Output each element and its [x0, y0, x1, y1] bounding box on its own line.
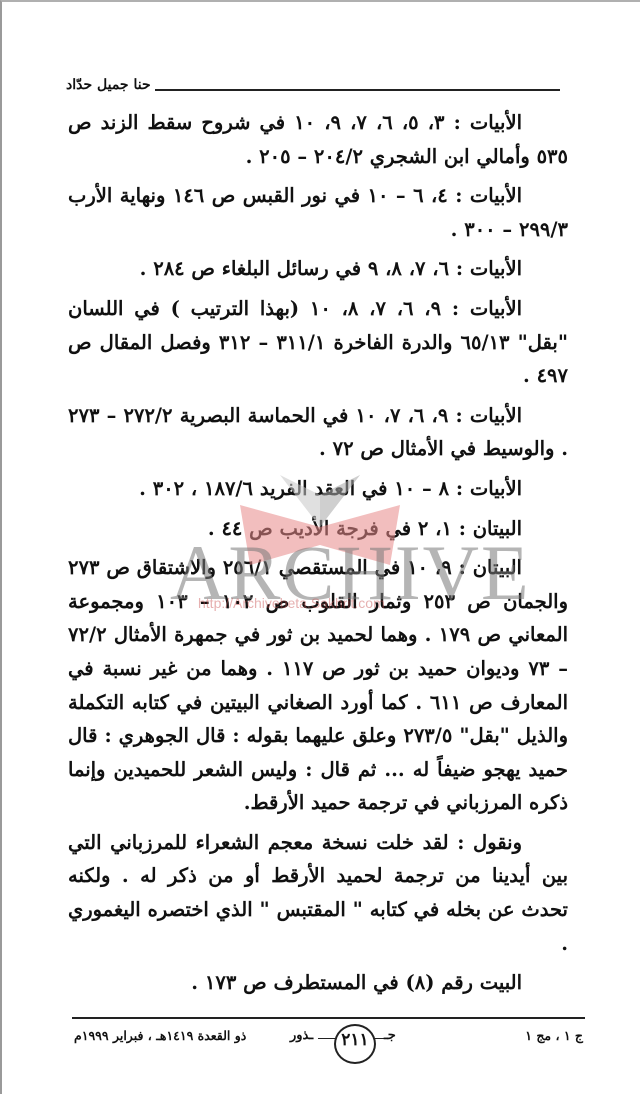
paragraph: ونقول : لقد خلت نسخة معجم الشعراء للمرزب…	[68, 826, 568, 960]
journal-line	[318, 1038, 336, 1039]
paragraph: الأبيات : ٤، ٦ – ١٠ في نور القبس ص ١٤٦ و…	[68, 179, 568, 246]
paragraph: الأبيات : ٨ – ١٠ في العقد الفريد ١٨٧/٦ ،…	[68, 472, 568, 506]
header-rule	[124, 89, 560, 91]
header-author: حنا جميل حدّاد	[66, 77, 155, 93]
footer-date: ذو القعدة ١٤١٩هـ ، فبراير ١٩٩٩م	[74, 1028, 246, 1043]
paragraph: البيتان : ١، ٢ في فرجة الأديب ص ٤٤ .	[68, 512, 568, 546]
body-text: الأبيات : ٣، ٥، ٦، ٧، ٩، ١٠ في شروح سقط …	[68, 106, 568, 1000]
footer-issue: ج ١ ، مج ١	[525, 1028, 583, 1043]
page-number: ٢١١	[334, 1024, 376, 1064]
running-header: حنا جميل حدّاد	[66, 75, 560, 99]
journal-name: ـذور ٢١١ جـ	[290, 1022, 410, 1066]
footer-rule	[72, 1017, 585, 1019]
paragraph: الأبيات : ٣، ٥، ٦، ٧، ٩، ١٠ في شروح سقط …	[68, 106, 568, 173]
journal-name-end: ـذور	[290, 1028, 313, 1043]
paragraph: الأبيات : ٦، ٧، ٨، ٩ في رسائل البلغاء ص …	[68, 252, 568, 286]
paragraph: الأبيات : ٩، ٦، ٧، ١٠ في الحماسة البصرية…	[68, 399, 568, 466]
journal-name-start: جـ	[384, 1028, 396, 1043]
paragraph: الأبيات : ٩، ٦، ٧، ٨، ١٠ (بهذا الترتيب )…	[68, 292, 568, 393]
paragraph: البيتان : ٩، ١٠ في المستقصي ٢٥٦/١ والاشت…	[68, 551, 568, 820]
running-footer: ذو القعدة ١٤١٩هـ ، فبراير ١٩٩٩م ـذور ٢١١…	[72, 1024, 585, 1074]
journal-line	[374, 1038, 384, 1039]
paragraph: البيت رقم (٨) في المستطرف ص ١٧٣ .	[68, 966, 568, 1000]
